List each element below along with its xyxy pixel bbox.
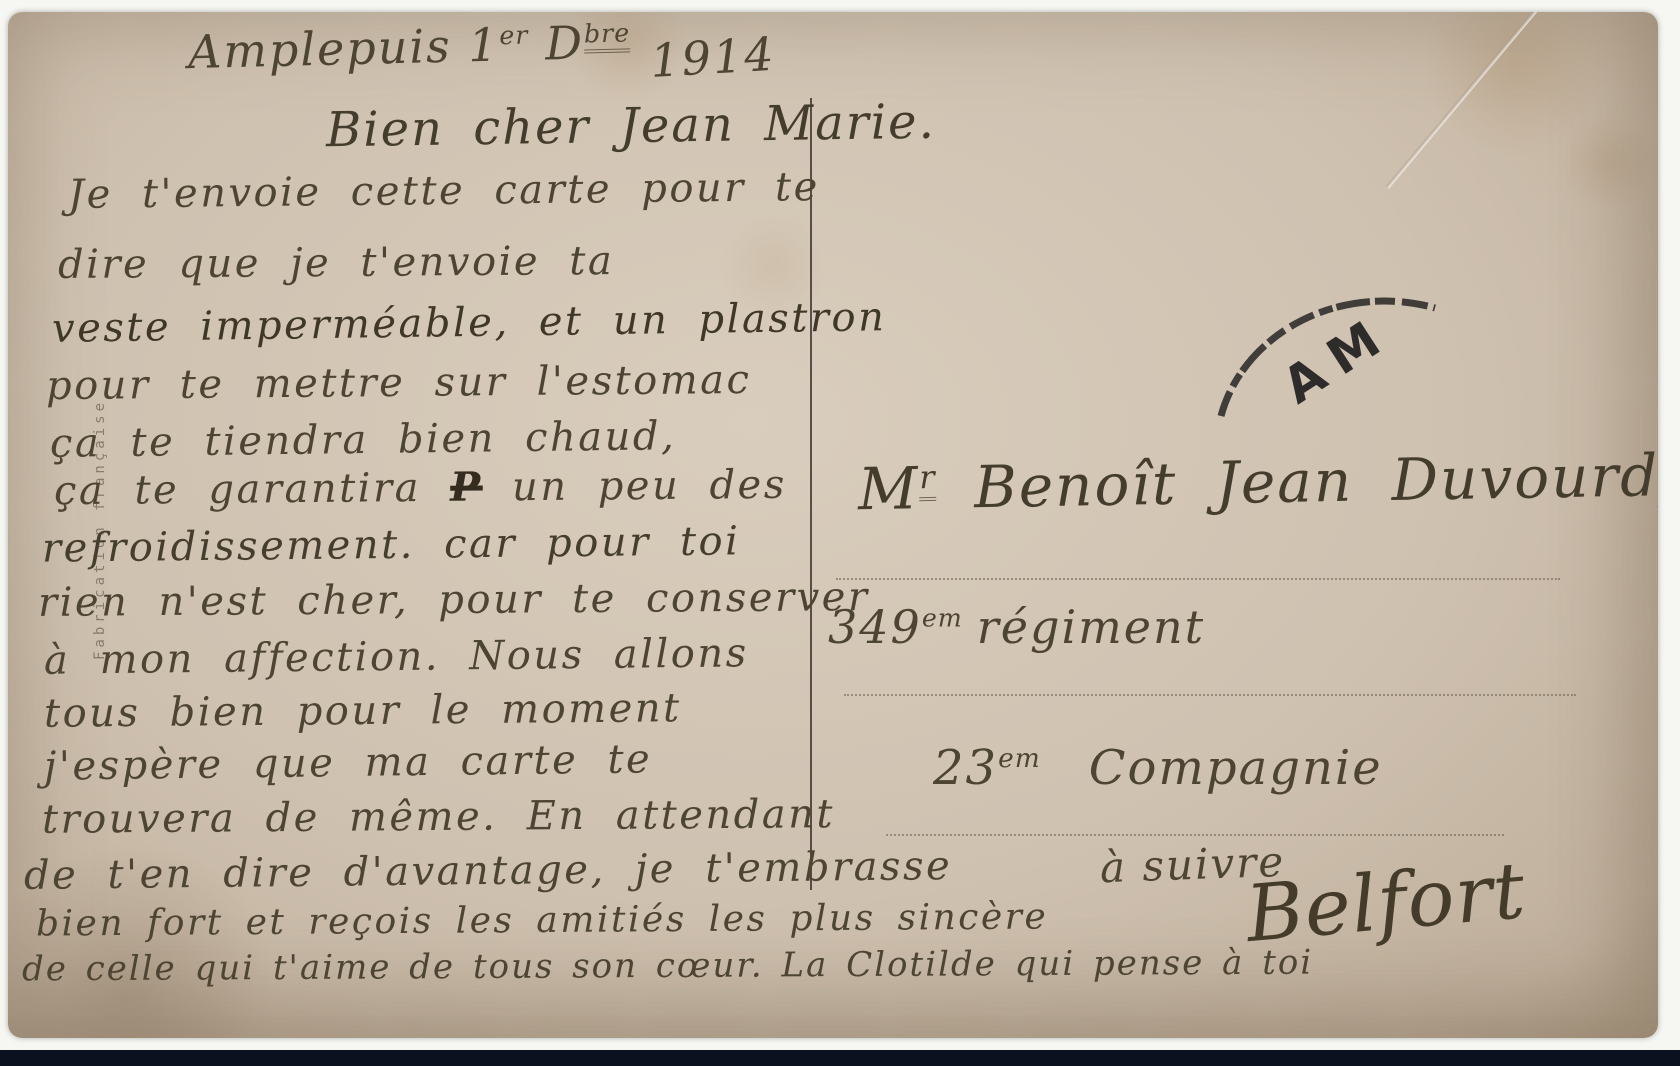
destination-city: Belfort [1243, 846, 1530, 960]
dateline-year: 1914 [649, 27, 777, 88]
message-line: refroidissement. car pour toi [42, 518, 741, 571]
postcard: Amplepuis 1er Dbre1914 Bien cher Jean Ma… [8, 12, 1658, 1038]
regiment-number: 349 [828, 600, 922, 654]
message-line: de t'en dire d'avantage, je t'embrasse [24, 843, 953, 899]
address-printed-rule [844, 694, 1576, 696]
signature-line: de celle qui t'aime de tous son cœur. La… [22, 943, 1313, 990]
salutation: Bien cher Jean Marie. [326, 94, 937, 159]
message-line: à mon affection. Nous allons [44, 630, 749, 683]
message-line: rien n'est cher, pour te conserver [38, 574, 870, 626]
message-line: Je t'envoie cette carte pour te [68, 164, 820, 218]
edge-print-text: Fabrication française [92, 399, 108, 660]
message-line: pour te mettre sur l'estomac [46, 357, 752, 409]
corner-crease [1386, 12, 1550, 189]
recipient-title-sup: r [919, 458, 936, 501]
address-regiment: 349emrégiment [828, 600, 1205, 654]
message-line: tous bien pour le moment [44, 685, 682, 737]
center-divider-line [810, 98, 812, 890]
regiment-sup: em [922, 604, 963, 633]
message-line: trouvera de même. En attendant [42, 791, 835, 843]
scanner-edge-band [0, 1050, 1680, 1066]
address-printed-rule [886, 834, 1504, 836]
company-sup: em [998, 743, 1041, 774]
struck-letter: P [450, 463, 483, 510]
dateline-month: D [528, 16, 585, 71]
address-printed-rule [836, 578, 1560, 580]
postmark-stamp: AM [1213, 284, 1448, 439]
recipient-title: M [857, 454, 920, 523]
dateline: Amplepuis 1er Dbre1914 [187, 12, 776, 79]
scanned-postcard-page: Amplepuis 1er Dbre1914 Bien cher Jean Ma… [0, 0, 1680, 1066]
message-line-with-strikeout: ça te garantira P un peu des [54, 461, 787, 514]
recipient-name: Benoît Jean Duvourdy [935, 441, 1658, 522]
message-line: veste imperméable, et un plastron [52, 294, 887, 352]
dateline-sup-er: er [499, 21, 529, 51]
company-number: 23 [933, 740, 998, 796]
strikeout-pre: ça te garantira [54, 465, 421, 514]
strikeout-post: un peu des [512, 462, 787, 510]
message-line: j'espère que ma carte te [44, 736, 653, 789]
address-recipient: Mr Benoît Jean Duvourdy [857, 441, 1658, 524]
dateline-place: Amplepuis 1 [187, 18, 500, 80]
message-line: ça te tiendra bien chaud, [50, 413, 677, 467]
regiment-word: régiment [977, 600, 1205, 654]
message-line: dire que je t'envoie ta [58, 238, 615, 288]
company-word: Compagnie [1089, 740, 1383, 796]
closing-line: bien fort et reçois les amitiés les plus… [36, 896, 1048, 944]
address-company: 23emCompagnie [933, 740, 1383, 796]
dateline-sup-bre: bre [583, 18, 630, 53]
